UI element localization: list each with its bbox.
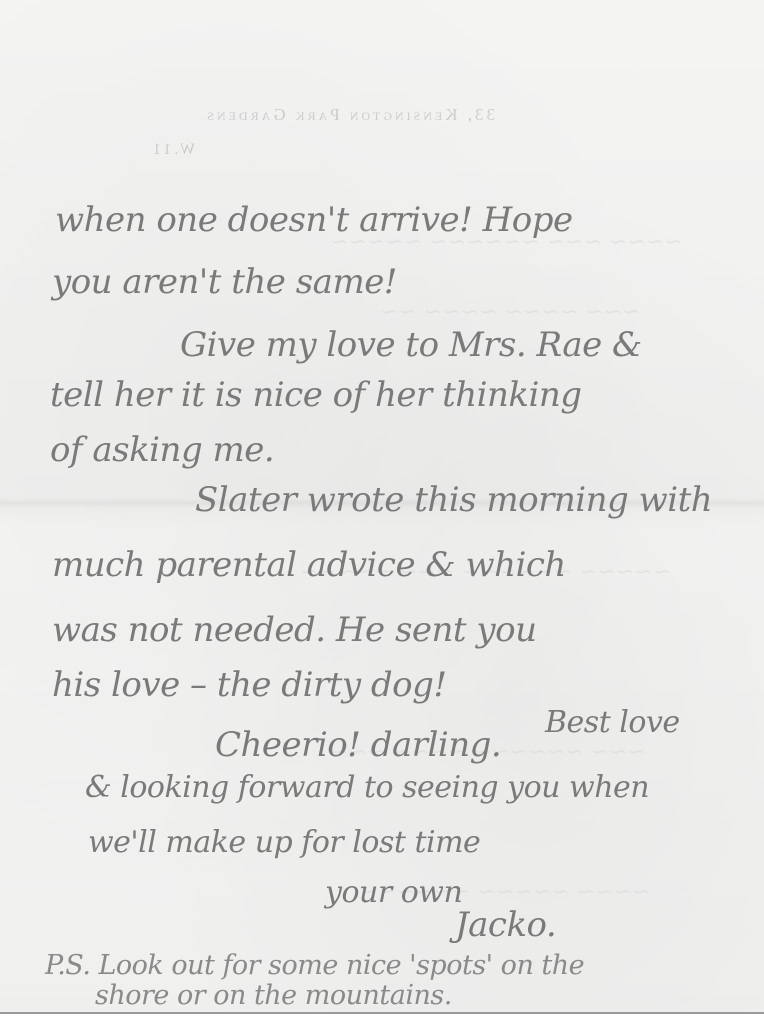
letter-line: Give my love to Mrs. Rae & [180,325,642,365]
letterhead-postcode: W.11 [150,141,195,159]
bleed-through-text: ~~~ ~~~~ ~~~~ ~~ [380,300,641,325]
letterhead-address: 33, Kensington Park Gardens [150,105,495,125]
letter-line: tell her it is nice of her thinking [50,375,582,415]
letter-line: when one doesn't arrive! Hope [55,200,573,240]
letter-line: Cheerio! darling. [215,725,501,765]
letter-line: you aren't the same! [52,262,397,302]
letter-line: was not needed. He sent you [52,610,536,650]
letter-line: Best love [545,705,680,740]
letter-line: we'll make up for lost time [88,825,480,860]
letter-closing: your own [325,875,462,910]
postscript-line: shore or on the mountains. [95,980,452,1011]
letter-line: of asking me. [50,430,274,470]
letter-signature: Jacko. [455,905,556,945]
letter-page: 33, Kensington Park Gardens W.11 ~~~~ ~~… [0,0,764,1014]
postscript-line: P.S. Look out for some nice 'spots' on t… [45,950,584,981]
letter-line: Slater wrote this morning with [195,480,712,520]
letterhead: 33, Kensington Park Gardens W.11 [150,105,495,159]
letter-line: his love – the dirty dog! [52,665,447,705]
letter-line: & looking forward to seeing you when [85,770,649,805]
letter-line: much parental advice & which [52,545,566,585]
